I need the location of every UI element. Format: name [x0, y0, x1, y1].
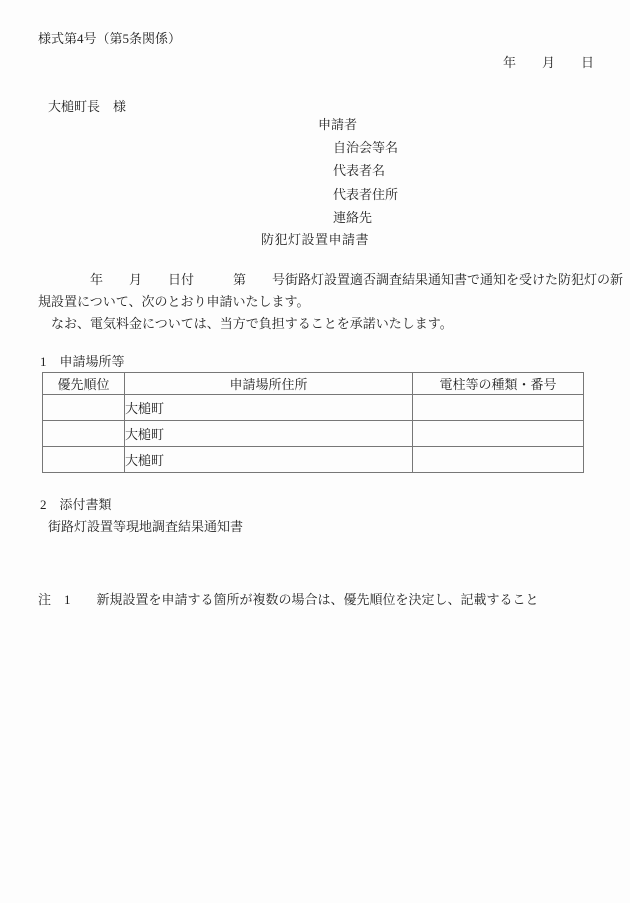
- body-paragraph-line-3: なお、電気料金については、当方で負担することを承諾いたします。: [38, 316, 453, 332]
- cell-address: 大槌町: [125, 447, 413, 473]
- application-locations-table: 優先順位 申請場所住所 電柱等の種類・番号 大槌町 大槌町 大槌町: [42, 372, 584, 473]
- table-row: 大槌町: [43, 447, 584, 473]
- cell-pole: [413, 421, 584, 447]
- form-number: 様式第4号（第5条関係）: [38, 31, 181, 47]
- applicant-field-representative-name: 代表者名: [333, 163, 385, 179]
- cell-priority: [43, 447, 125, 473]
- cell-priority: [43, 395, 125, 421]
- applicant-field-association-name: 自治会等名: [333, 140, 398, 156]
- table-row: 大槌町: [43, 421, 584, 447]
- body-paragraph-line-1: 年 月 日付 第 号街路灯設置適否調査結果通知書で通知を受けた防犯灯の新: [38, 272, 623, 288]
- column-header-priority: 優先順位: [43, 373, 125, 395]
- applicant-field-contact: 連絡先: [333, 210, 372, 226]
- section2-attached-document: 街路灯設置等現地調査結果通知書: [48, 519, 243, 535]
- applicant-field-representative-address: 代表者住所: [333, 187, 398, 203]
- section2-heading: 2 添付書類: [40, 497, 112, 513]
- cell-address: 大槌町: [125, 421, 413, 447]
- cell-pole: [413, 395, 584, 421]
- note-line: 注 1 新規設置を申請する箇所が複数の場合は、優先順位を決定し、記載すること: [38, 592, 539, 608]
- table-row: 大槌町: [43, 395, 584, 421]
- applicant-label: 申請者: [318, 117, 357, 133]
- body-paragraph-line-2: 規設置について、次のとおり申請いたします。: [38, 294, 309, 310]
- column-header-pole-type: 電柱等の種類・番号: [413, 373, 584, 395]
- cell-address: 大槌町: [125, 395, 413, 421]
- column-header-address: 申請場所住所: [125, 373, 413, 395]
- page-title: 防犯灯設置申請書: [0, 232, 630, 248]
- cell-pole: [413, 447, 584, 473]
- table-header-row: 優先順位 申請場所住所 電柱等の種類・番号: [43, 373, 584, 395]
- document-page: 様式第4号（第5条関係） 年 月 日 大槌町長 様 申請者 自治会等名 代表者名…: [0, 0, 630, 903]
- date-line: 年 月 日: [0, 55, 594, 71]
- addressee: 大槌町長 様: [48, 99, 126, 115]
- cell-priority: [43, 421, 125, 447]
- section1-heading: 1 申請場所等: [40, 354, 125, 370]
